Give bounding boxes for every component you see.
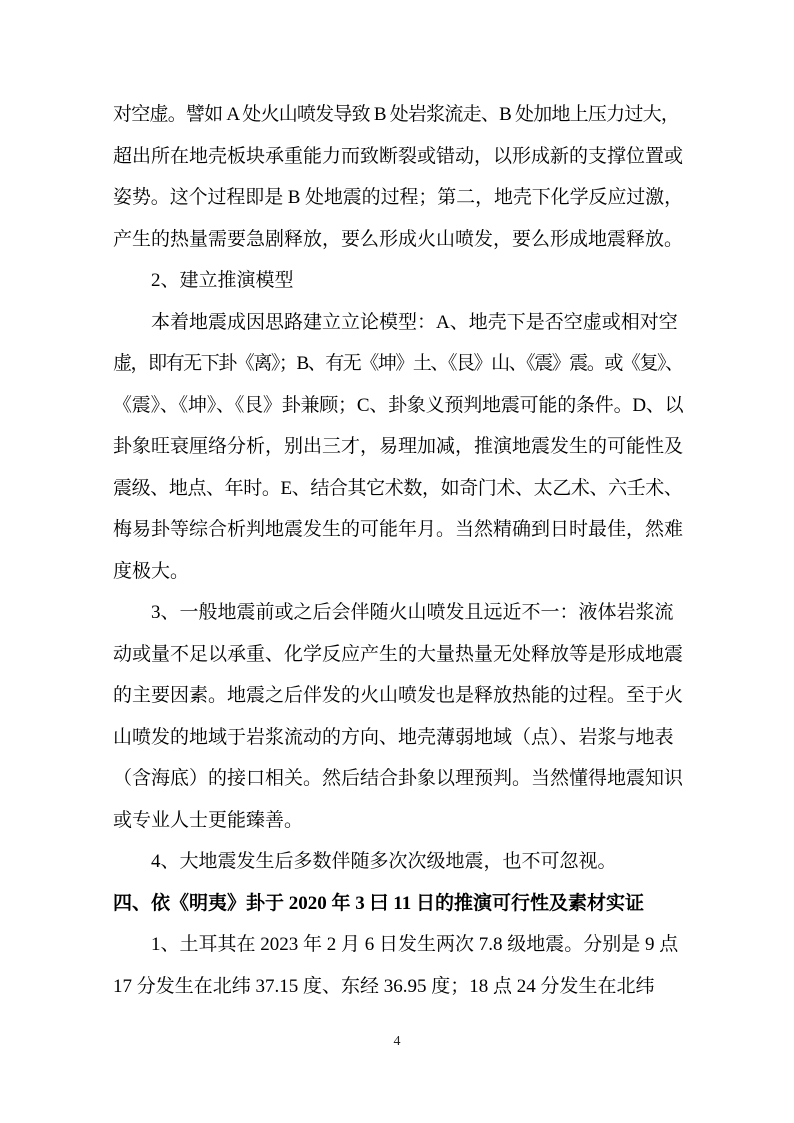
body-line: 对空虚。譬如 A 处火山喷发导致 B 处岩浆流走、B 处加地上压力过大， — [113, 94, 683, 136]
body-line: 的主要因素。地震之后伴发的火山喷发也是释放热能的过程。至于火 — [113, 675, 683, 717]
body-line: 17 分发生在北纬 37.15 度、东经 36.95 度；18 点 24 分发生… — [113, 966, 683, 1008]
document-page: 对空虚。譬如 A 处火山喷发导致 B 处岩浆流走、B 处加地上压力过大，超出所在… — [0, 0, 794, 1123]
body-line: 梅易卦等综合析判地震发生的可能年月。当然精确到日时最佳，然难 — [113, 509, 683, 551]
body-line: 3、一般地震前或之后会伴随火山喷发且远近不一：液体岩浆流 — [113, 592, 683, 634]
body-line: 《震》、《坤》、《艮》卦兼顾；C、卦象义预判地震可能的条件。D、以 — [113, 385, 683, 427]
body-line: 震级、地点、年时。E、结合其它术数，如奇门术、太乙术、六壬术、 — [113, 468, 683, 510]
body-line: 产生的热量需要急剧释放，要么形成火山喷发，要么形成地震释放。 — [113, 219, 683, 261]
body-line: 卦象旺衰厘络分析，别出三才，易理加减，推演地震发生的可能性及 — [113, 426, 683, 468]
body-line: 山喷发的地域于岩浆流动的方向、地壳薄弱地域（点）、岩浆与地表 — [113, 717, 683, 759]
page-number: 4 — [0, 1032, 794, 1052]
body-line: 姿势。这个过程即是 B 处地震的过程；第二，地壳下化学反应过激， — [113, 177, 683, 219]
body-line: 4、大地震发生后多数伴随多次次级地震，也不可忽视。 — [113, 841, 683, 883]
body-line: 2、建立推演模型 — [113, 260, 683, 302]
document-body: 对空虚。譬如 A 处火山喷发导致 B 处岩浆流走、B 处加地上压力过大，超出所在… — [113, 94, 683, 1007]
body-line: 动或量不足以承重、化学反应产生的大量热量无处释放等是形成地震 — [113, 634, 683, 676]
body-line: （含海底）的接口相关。然后结合卦象以理预判。当然懂得地震知识 — [113, 758, 683, 800]
body-line: 度极大。 — [113, 551, 683, 593]
section-heading: 四、依《明夷》卦于 2020 年 3 曰 11 日的推演可行性及素材实证 — [113, 883, 683, 925]
body-line: 或专业人士更能臻善。 — [113, 800, 683, 842]
body-line: 1、土耳其在 2023 年 2 月 6 日发生两次 7.8 级地震。分别是 9 … — [113, 924, 683, 966]
body-line: 超出所在地壳板块承重能力而致断裂或错动，以形成新的支撑位置或 — [113, 136, 683, 178]
body-line: 虚，即有无下卦《离》；B、有无《坤》土、《艮》山、《震》震。或《复》、 — [113, 343, 683, 385]
body-line: 本着地震成因思路建立立论模型：A、地壳下是否空虚或相对空 — [113, 302, 683, 344]
